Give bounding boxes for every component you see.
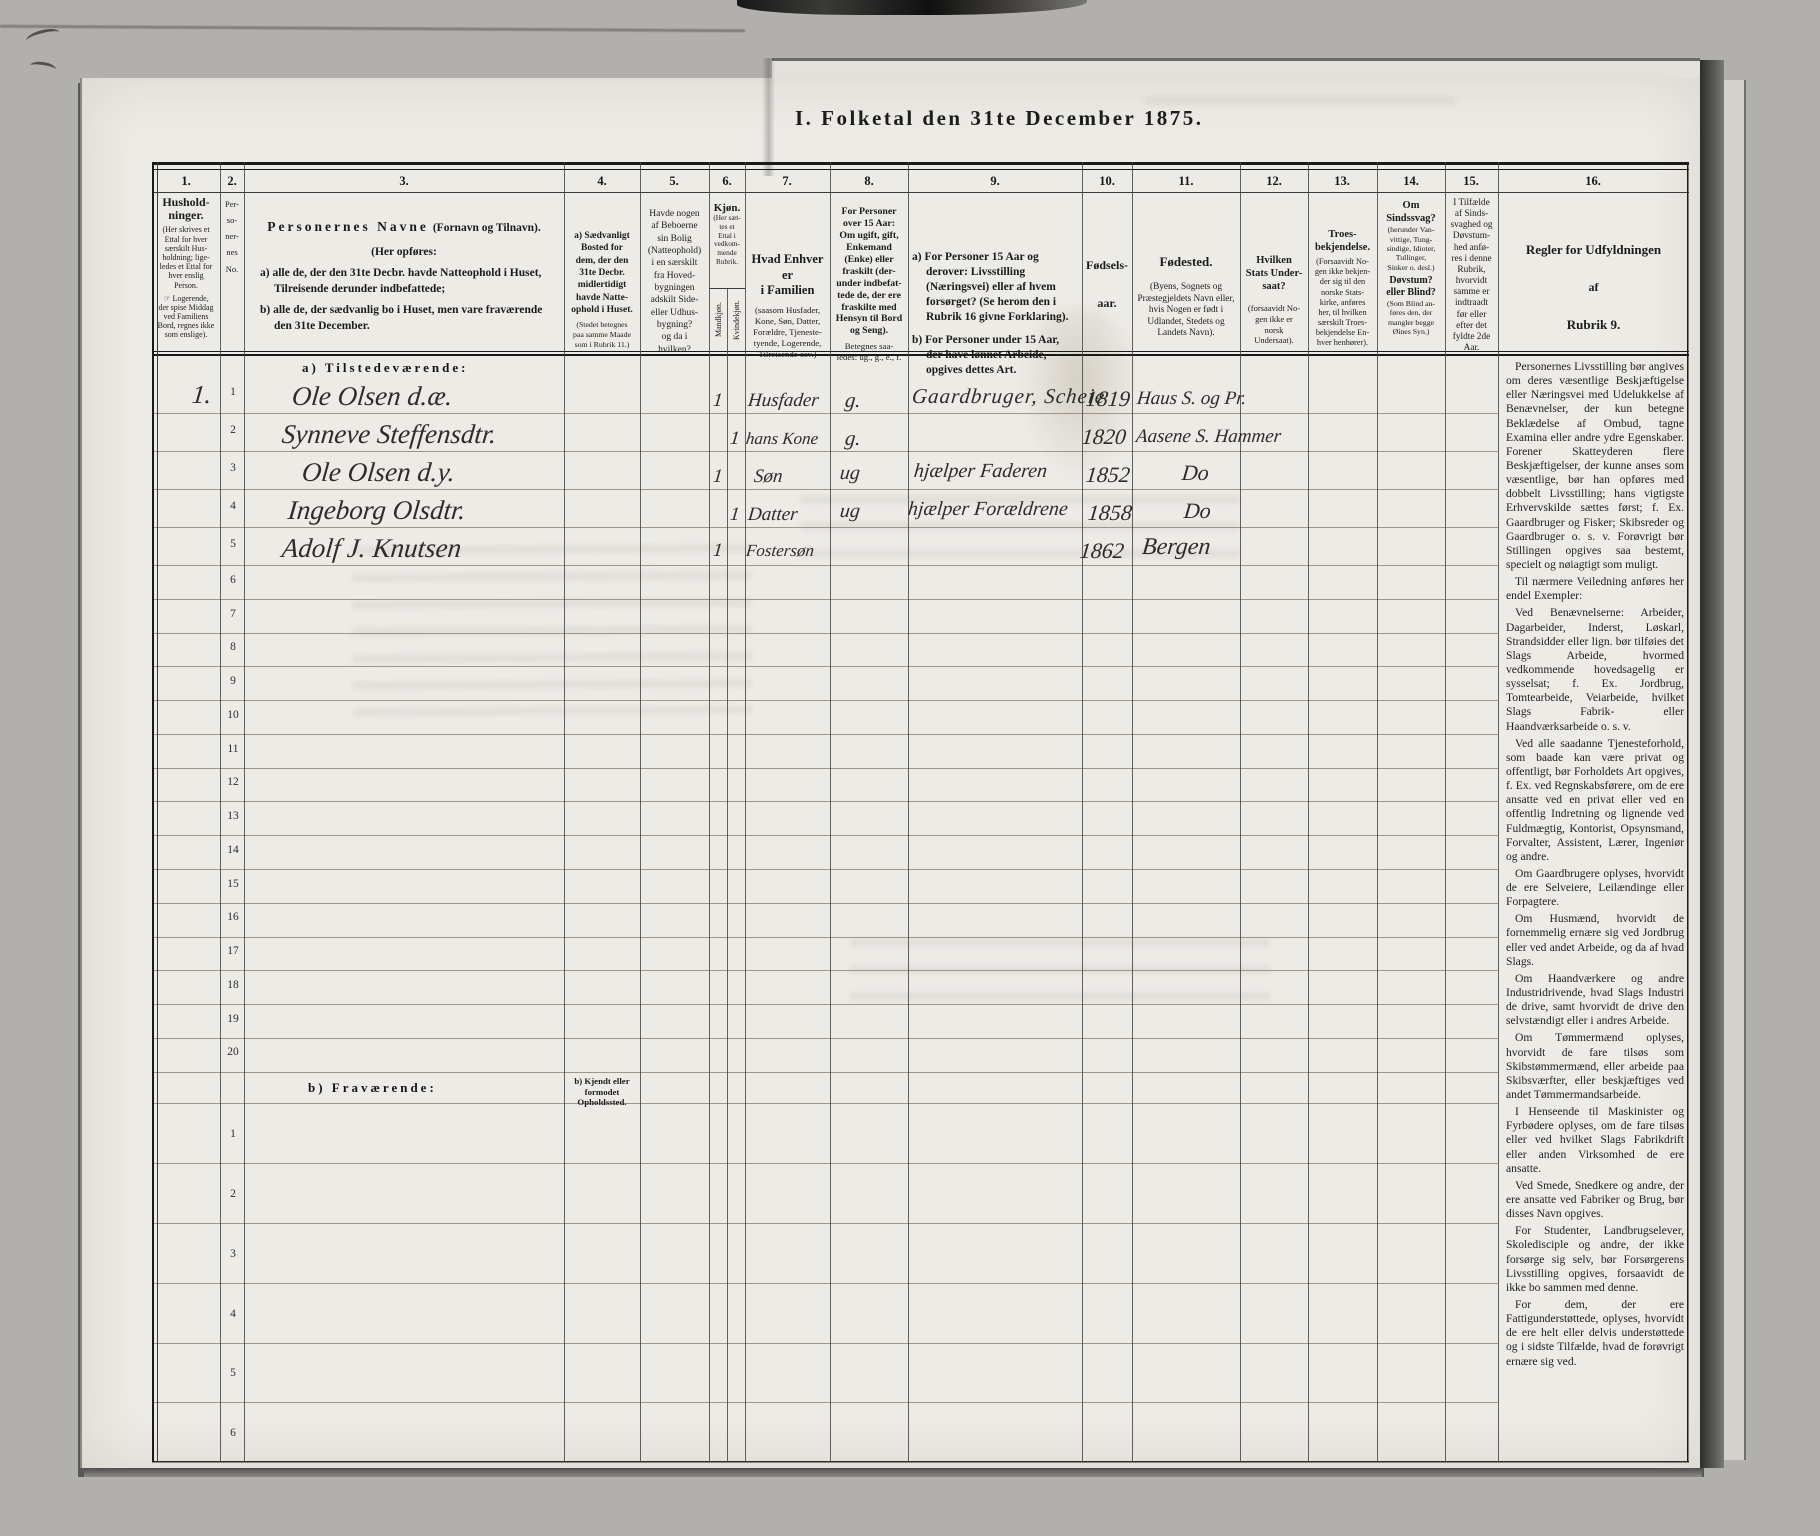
row-number: 5 (222, 538, 244, 550)
row-number: 3 (222, 1248, 244, 1260)
column-header-disability: Om Sindssvag? (herunder Van- vittige, Tu… (1379, 196, 1443, 336)
row-number: 6 (222, 1427, 244, 1439)
column-header-sex: Kjøn. (Her sæt- tes et Ettal i vedkom- m… (710, 196, 744, 267)
section-b-label: b) Fraværende: (308, 1080, 437, 1096)
row-number: 4 (222, 1308, 244, 1320)
rules-paragraph: Ved alle saadanne Tjenesteforhold, som b… (1506, 737, 1684, 864)
entry-birth-place: Do (1183, 498, 1213, 524)
sex-female-label: Kvindekjøn. (728, 288, 745, 352)
occupation-item-a: a) For Personer 15 Aar og derover: Livss… (912, 250, 1078, 325)
row-number: 12 (222, 776, 244, 788)
entry-birth-place: Aasene S. Hammer (1135, 426, 1282, 448)
entry-household-mark: 1. (190, 380, 213, 410)
column-number: 2. (210, 172, 254, 190)
column-number: 3. (382, 172, 426, 190)
column-header-person-no: Per- so- ner- nes No. (221, 196, 243, 277)
column-number: 1. (164, 172, 208, 190)
entry-marital-status: g. (844, 388, 862, 413)
column-number: 10. (1085, 172, 1129, 190)
entry-marital-status: g. (844, 426, 862, 451)
row-number: 6 (222, 574, 244, 586)
rules-paragraph: Til nærmere Veiledning anføres her endel… (1506, 575, 1684, 603)
column-header-marital-status: For Personer over 15 Aar: Om ugift, gift… (832, 196, 906, 362)
column-header-disability-onset: I Tilfælde af Sinds- svaghed og Døvstum-… (1447, 198, 1496, 354)
row-number: 20 (222, 1046, 244, 1058)
sex-male-label: Mandkjøn. (710, 288, 727, 352)
column-number: 14. (1389, 172, 1433, 190)
entry-family-role: Søn (753, 466, 784, 488)
rules-paragraph: Personernes Livsstilling bør angives om … (1506, 360, 1684, 572)
column-number: 7. (765, 172, 809, 190)
column-number: 11. (1164, 172, 1208, 190)
entry-birth-year: 1820 (1081, 424, 1128, 450)
rules-paragraph: For Studenter, Landbrugselever, Skoledis… (1506, 1224, 1684, 1295)
entry-family-role: Fostersøn (745, 541, 815, 561)
column-header-occupation: a) For Personer 15 Aar og derover: Livss… (912, 196, 1078, 378)
column-header-birth-year: Fødsels- aar. (1084, 256, 1130, 314)
column-number: 8. (847, 172, 891, 190)
entry-family-role: Husfader (747, 390, 820, 412)
column-header-citizenship: Hvilken Stats Under- saat? (forsaavidt N… (1242, 196, 1306, 346)
row-number: 10 (222, 709, 244, 721)
row-number: 19 (222, 1013, 244, 1025)
rules-column-text: Personernes Livsstilling bør angives om … (1506, 360, 1684, 1458)
row-number: 13 (222, 810, 244, 822)
entry-occupation: hjælper Forældrene (907, 498, 1069, 521)
names-title-rest: (Fornavn og Tilnavn). (433, 222, 541, 234)
row-number: 7 (222, 608, 244, 620)
rules-paragraph: Ved Benævnelserne: Arbeider, Dagarbeider… (1506, 606, 1684, 733)
column-header-usual-residence: a) Sædvanligt Bosted for dem, der den 31… (566, 196, 638, 350)
entry-birth-year: 1858 (1087, 500, 1134, 526)
column-header-names: Personernes Navne (Fornavn og Tilnavn). … (246, 196, 562, 334)
rules-paragraph: Om Gaardbrugere oplyses, hvorvidt de ere… (1506, 867, 1684, 909)
row-number: 17 (222, 945, 244, 957)
entry-marital-status: ug (839, 462, 861, 485)
column-header-rules: Regler for Udfyldningen af Rubrik 9. (1500, 196, 1687, 333)
names-item-a: a) alle de, der den 31te Decbr. havde Na… (260, 266, 562, 297)
row-number: 18 (222, 979, 244, 991)
section-b-note: b) Kjendt eller formodet Opholdssted. (566, 1076, 638, 1108)
rules-paragraph: Om Husmænd, hvorvidt de fornemmelig ernæ… (1506, 912, 1684, 969)
entry-birth-year: 1819 (1085, 386, 1132, 412)
entry-family-role: Datter (747, 504, 799, 526)
column-number: 6. (705, 172, 749, 190)
column-number: 16. (1571, 172, 1615, 190)
entry-name: Adolf J. Knutsen (280, 533, 462, 564)
column-number: 4. (580, 172, 624, 190)
rules-paragraph: Om Tømmermænd oplyses, hvorvidt de fare … (1506, 1031, 1684, 1102)
entry-birth-place: Haus S. og Pr. (1136, 388, 1248, 410)
row-number: 11 (222, 743, 244, 755)
row-number: 8 (222, 641, 244, 653)
entry-family-role: hans Kone (745, 429, 819, 449)
entry-occupation: Gaardbruger, Scheie (911, 384, 1107, 409)
entry-birth-place: Bergen (1141, 534, 1212, 561)
row-number: 2 (222, 1188, 244, 1200)
row-number: 4 (222, 500, 244, 512)
entry-birth-year: 1852 (1085, 462, 1132, 488)
column-number: 9. (973, 172, 1017, 190)
entry-marital-status: ug (839, 500, 861, 523)
section-a-label: a) Tilstedeværende: (302, 360, 468, 376)
entry-occupation: hjælper Faderen (913, 460, 1049, 483)
entry-name: Synneve Steffensdtr. (280, 419, 498, 450)
rules-paragraph: Om Haandværkere og andre Industridrivend… (1506, 972, 1684, 1029)
row-number: 9 (222, 675, 244, 687)
rules-paragraph: For dem, der ere Fattigunderstøttede, op… (1506, 1298, 1684, 1369)
rules-paragraph: I Henseende til Maskinister og Fyrbødere… (1506, 1105, 1684, 1176)
column-number: 13. (1320, 172, 1364, 190)
occupation-item-b: b) For Personer under 15 Aar, der have l… (912, 333, 1078, 378)
row-number: 1 (222, 386, 244, 398)
row-number: 1 (222, 1128, 244, 1140)
page-title: I. Folketal den 31te December 1875. (795, 106, 1203, 131)
entry-name: Ingeborg Olsdtr. (286, 495, 467, 526)
names-title: Personernes Navne (267, 219, 429, 234)
scanned-census-page: I. Folketal den 31te December 1875. 1. 2… (0, 0, 1820, 1536)
entry-birth-place: Do (1181, 460, 1211, 486)
row-number: 14 (222, 844, 244, 856)
row-number: 3 (222, 462, 244, 474)
entry-name: Ole Olsen d.æ. (290, 381, 454, 412)
column-header-outbuilding: Havde nogen af Beboerne sin Bolig (Natte… (642, 208, 707, 356)
column-header-creed: Troes- bekjendelse. (Forsaavidt No- gen … (1310, 196, 1375, 348)
column-header-birth-place: Fødested. (Byens, Sognets og Præstegjeld… (1134, 196, 1238, 340)
column-number: 12. (1252, 172, 1296, 190)
rules-paragraph: Ved Smede, Snedkere og andre, der ere an… (1506, 1179, 1684, 1221)
names-sub: (Her opføres: (246, 246, 562, 258)
row-number: 16 (222, 911, 244, 923)
column-header-family-role: Hvad Enhver er i Familien (saasom Husfad… (747, 196, 828, 360)
column-number: 15. (1449, 172, 1493, 190)
column-number: 5. (652, 172, 696, 190)
row-number: 5 (222, 1367, 244, 1379)
row-number: 2 (222, 424, 244, 436)
names-item-b: b) alle de, der sædvanlig bo i Huset, me… (260, 303, 562, 334)
column-header-households: Hushold- ninger. (Her skrives et Ettal f… (153, 196, 219, 340)
entry-name: Ole Olsen d.y. (300, 457, 456, 488)
row-number: 15 (222, 878, 244, 890)
entry-birth-year: 1862 (1079, 538, 1126, 564)
